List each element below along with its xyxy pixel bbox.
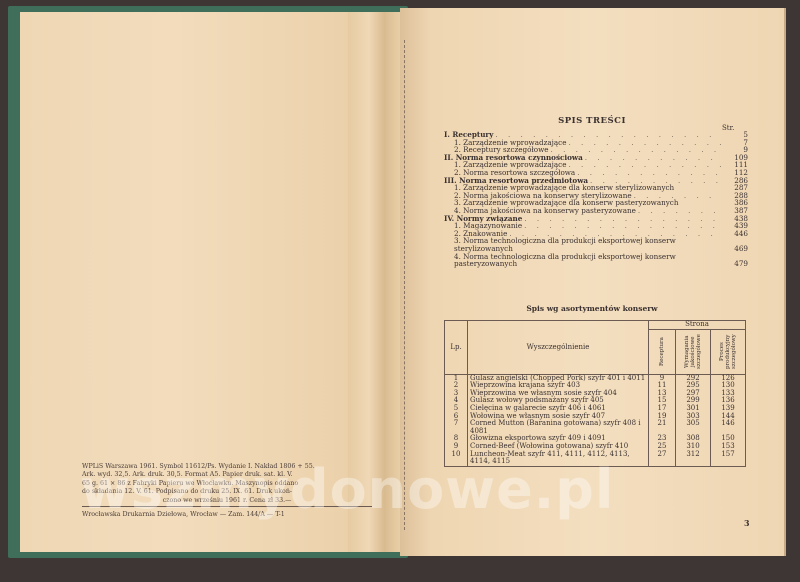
leader-dots: . . . . . . . . . . . . . . . . . . . . … (577, 169, 722, 177)
colophon-line: Ark. wyd. 32,5. Ark. druk. 30,5. Format … (82, 471, 372, 479)
leader-dots: . . . . . . . . . . . . . . . . . . . . … (524, 222, 722, 230)
toc-entry-page: 479 (724, 260, 748, 268)
toc-entry-page: 446 (724, 230, 748, 238)
row-wymagania: 312 (676, 451, 711, 467)
leader-dots: . . . . . . . . . . . . . . . . . . . . … (568, 161, 722, 169)
colophon-divider (82, 506, 372, 507)
toc-entry-label: 4. Norma technologiczna dla produkcji ek… (454, 253, 724, 268)
colophon: WPLiS Warszawa 1961. Symbol 11612/Ps. Wy… (82, 463, 372, 519)
table-row: 10Luncheon-Meat szyfr 411, 4111, 4112, 4… (445, 451, 746, 467)
row-proces: 146 (711, 420, 746, 435)
row-name: Corned Mutton (Baranina gotowana) szyfr … (468, 420, 649, 435)
row-lp: 7 (445, 420, 468, 435)
table-of-contents: I. Receptury. . . . . . . . . . . . . . … (444, 131, 748, 268)
col-header-wymagania-label: Wymagania jakościowe szczegółowe (684, 330, 702, 374)
col-header-receptura: Receptura (649, 329, 676, 374)
colophon-line: czono we wrześniu 1961 r. Cena zł 33.— (82, 497, 372, 505)
row-proces: 157 (711, 451, 746, 467)
row-receptura: 27 (649, 451, 676, 467)
toc-entry: 3. Norma technologiczna dla produkcji ek… (444, 237, 748, 252)
printer-line: Wrocławska Drukarnia Dziełowa, Wrocław —… (82, 511, 372, 519)
leader-dots: . . . . . . . . . . . . . . . . . . . . … (524, 215, 722, 223)
toc-entry-label: 3. Norma technologiczna dla produkcji ek… (454, 237, 724, 252)
right-page (400, 8, 786, 556)
col-header-receptura-label: Receptura (659, 330, 665, 374)
leader-dots: . . . . . . . . . . . . . . . . . . . . … (568, 139, 722, 147)
row-receptura: 21 (649, 420, 676, 435)
colophon-line: 65 g. 61 × 86 z Fabryki Papieru we Włocł… (82, 480, 372, 488)
row-lp: 10 (445, 451, 468, 467)
col-header-lp: Lp. (445, 321, 468, 375)
colophon-line: do składania 12. V. 61. Podpisano do dru… (82, 488, 372, 496)
leader-dots: . . . . . . . . . . . . . . . . . . . . … (585, 154, 722, 162)
toc-entry: 4. Norma technologiczna dla produkcji ek… (444, 253, 748, 268)
binding-stitches (404, 40, 407, 530)
col-header-wymagania: Wymagania jakościowe szczegółowe (676, 329, 711, 374)
leader-dots: . . . . . . . (638, 207, 722, 215)
col-header-proces: Proces produkcyjny szczegółowy (711, 329, 746, 374)
col-header-proces-label: Proces produkcyjny szczegółowy (719, 330, 737, 374)
row-wymagania: 305 (676, 420, 711, 435)
colophon-line: WPLiS Warszawa 1961. Symbol 11612/Ps. Wy… (82, 463, 372, 471)
row-name: Luncheon-Meat szyfr 411, 4111, 4112, 411… (468, 451, 649, 467)
page-number: 3 (744, 518, 750, 528)
col-header-name: Wyszczególnienie (468, 321, 649, 375)
toc-entry-page: 469 (724, 245, 748, 253)
assortment-title: Spis wg asortymentów konserw (400, 304, 784, 313)
table-row: 7Corned Mutton (Baranina gotowana) szyfr… (445, 420, 746, 435)
col-header-group: Strona (649, 321, 746, 330)
assortment-table: Lp. Wyszczególnienie Strona Receptura Wy… (444, 320, 746, 467)
